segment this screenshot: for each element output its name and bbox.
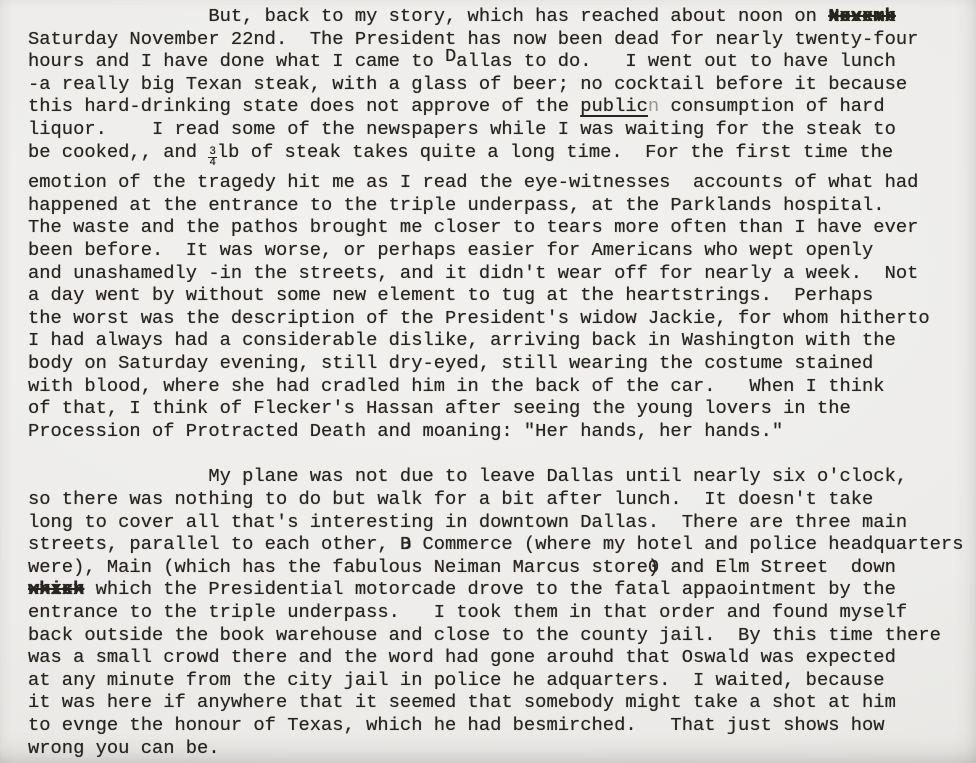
- text-line: Procession of Protracted Death and moani…: [28, 420, 962, 443]
- text-line: of that, I think of Flecker's Hassan aft…: [28, 397, 962, 420]
- text-line: long to cover all that's interesting in …: [28, 511, 962, 534]
- text-line: at any minute from the city jail in poli…: [28, 669, 962, 692]
- text-line: and unashamedly -in the streets, and it …: [28, 262, 962, 285]
- text-line: this hard-drinking state does not approv…: [28, 95, 962, 118]
- struck-word-november: Novembxxxxxx: [828, 5, 896, 28]
- text-line: a day went by without some new element t…: [28, 284, 962, 307]
- text-line: with blood, where she had cradled him in…: [28, 375, 962, 398]
- text-line: streets, parallel to each other, DB Comm…: [28, 533, 962, 556]
- text-line: The waste and the pathos brought me clos…: [28, 216, 962, 239]
- text-line: But, back to my story, which has reached…: [28, 5, 962, 28]
- paragraph-1: But, back to my story, which has reached…: [28, 5, 962, 442]
- text-line: whichxxxxx which the Presidential motorc…: [28, 578, 962, 601]
- paragraph-2: My plane was not due to leave Dallas unt…: [28, 465, 962, 759]
- text-line: hours and I have done what I came to Dal…: [28, 50, 962, 73]
- text-line: entrance to the triple underpass. I took…: [28, 601, 962, 624]
- fraction-three-quarters: 34: [208, 147, 217, 169]
- text-line: it was here if anywhere that it seemed t…: [28, 691, 962, 714]
- text-line: happened at the entrance to the triple u…: [28, 194, 962, 217]
- struck-word-which: whichxxxxx: [28, 578, 84, 601]
- faint-letter: n: [648, 95, 659, 117]
- text-line: be cooked,, and 34lb of steak takes quit…: [28, 141, 962, 172]
- text-line: so there was nothing to do but walk for …: [28, 488, 962, 511]
- typewritten-page: But, back to my story, which has reached…: [0, 0, 976, 763]
- text-line: My plane was not due to leave Dallas unt…: [28, 465, 962, 488]
- text-line: wrong you can be.: [28, 737, 962, 760]
- text-line: was a small crowd there and the word had…: [28, 646, 962, 669]
- text-line: the worst was the description of the Pre…: [28, 307, 962, 330]
- text-line: body on Saturday evening, still dry-eyed…: [28, 352, 962, 375]
- overstruck-letter-d: DB: [400, 533, 411, 556]
- underlined-word-public: public: [580, 95, 648, 117]
- raised-letter: D: [445, 45, 456, 67]
- text-line: been before. It was worse, or perhaps ea…: [28, 239, 962, 262]
- overstruck-paren: 0): [648, 556, 659, 579]
- text-line: to evnge the honour of Texas, which he h…: [28, 714, 962, 737]
- text-line: liquor. I read some of the newspapers wh…: [28, 118, 962, 141]
- text-line: Saturday November 22nd. The President ha…: [28, 28, 962, 51]
- text-line: emotion of the tragedy hit me as I read …: [28, 171, 962, 194]
- text-line: back outside the book warehouse and clos…: [28, 624, 962, 647]
- text-line: -a really big Texan steak, with a glass …: [28, 73, 962, 96]
- text-line: were), Main (which has the fabulous Neim…: [28, 556, 962, 579]
- text-line: I had always had a considerable dislike,…: [28, 329, 962, 352]
